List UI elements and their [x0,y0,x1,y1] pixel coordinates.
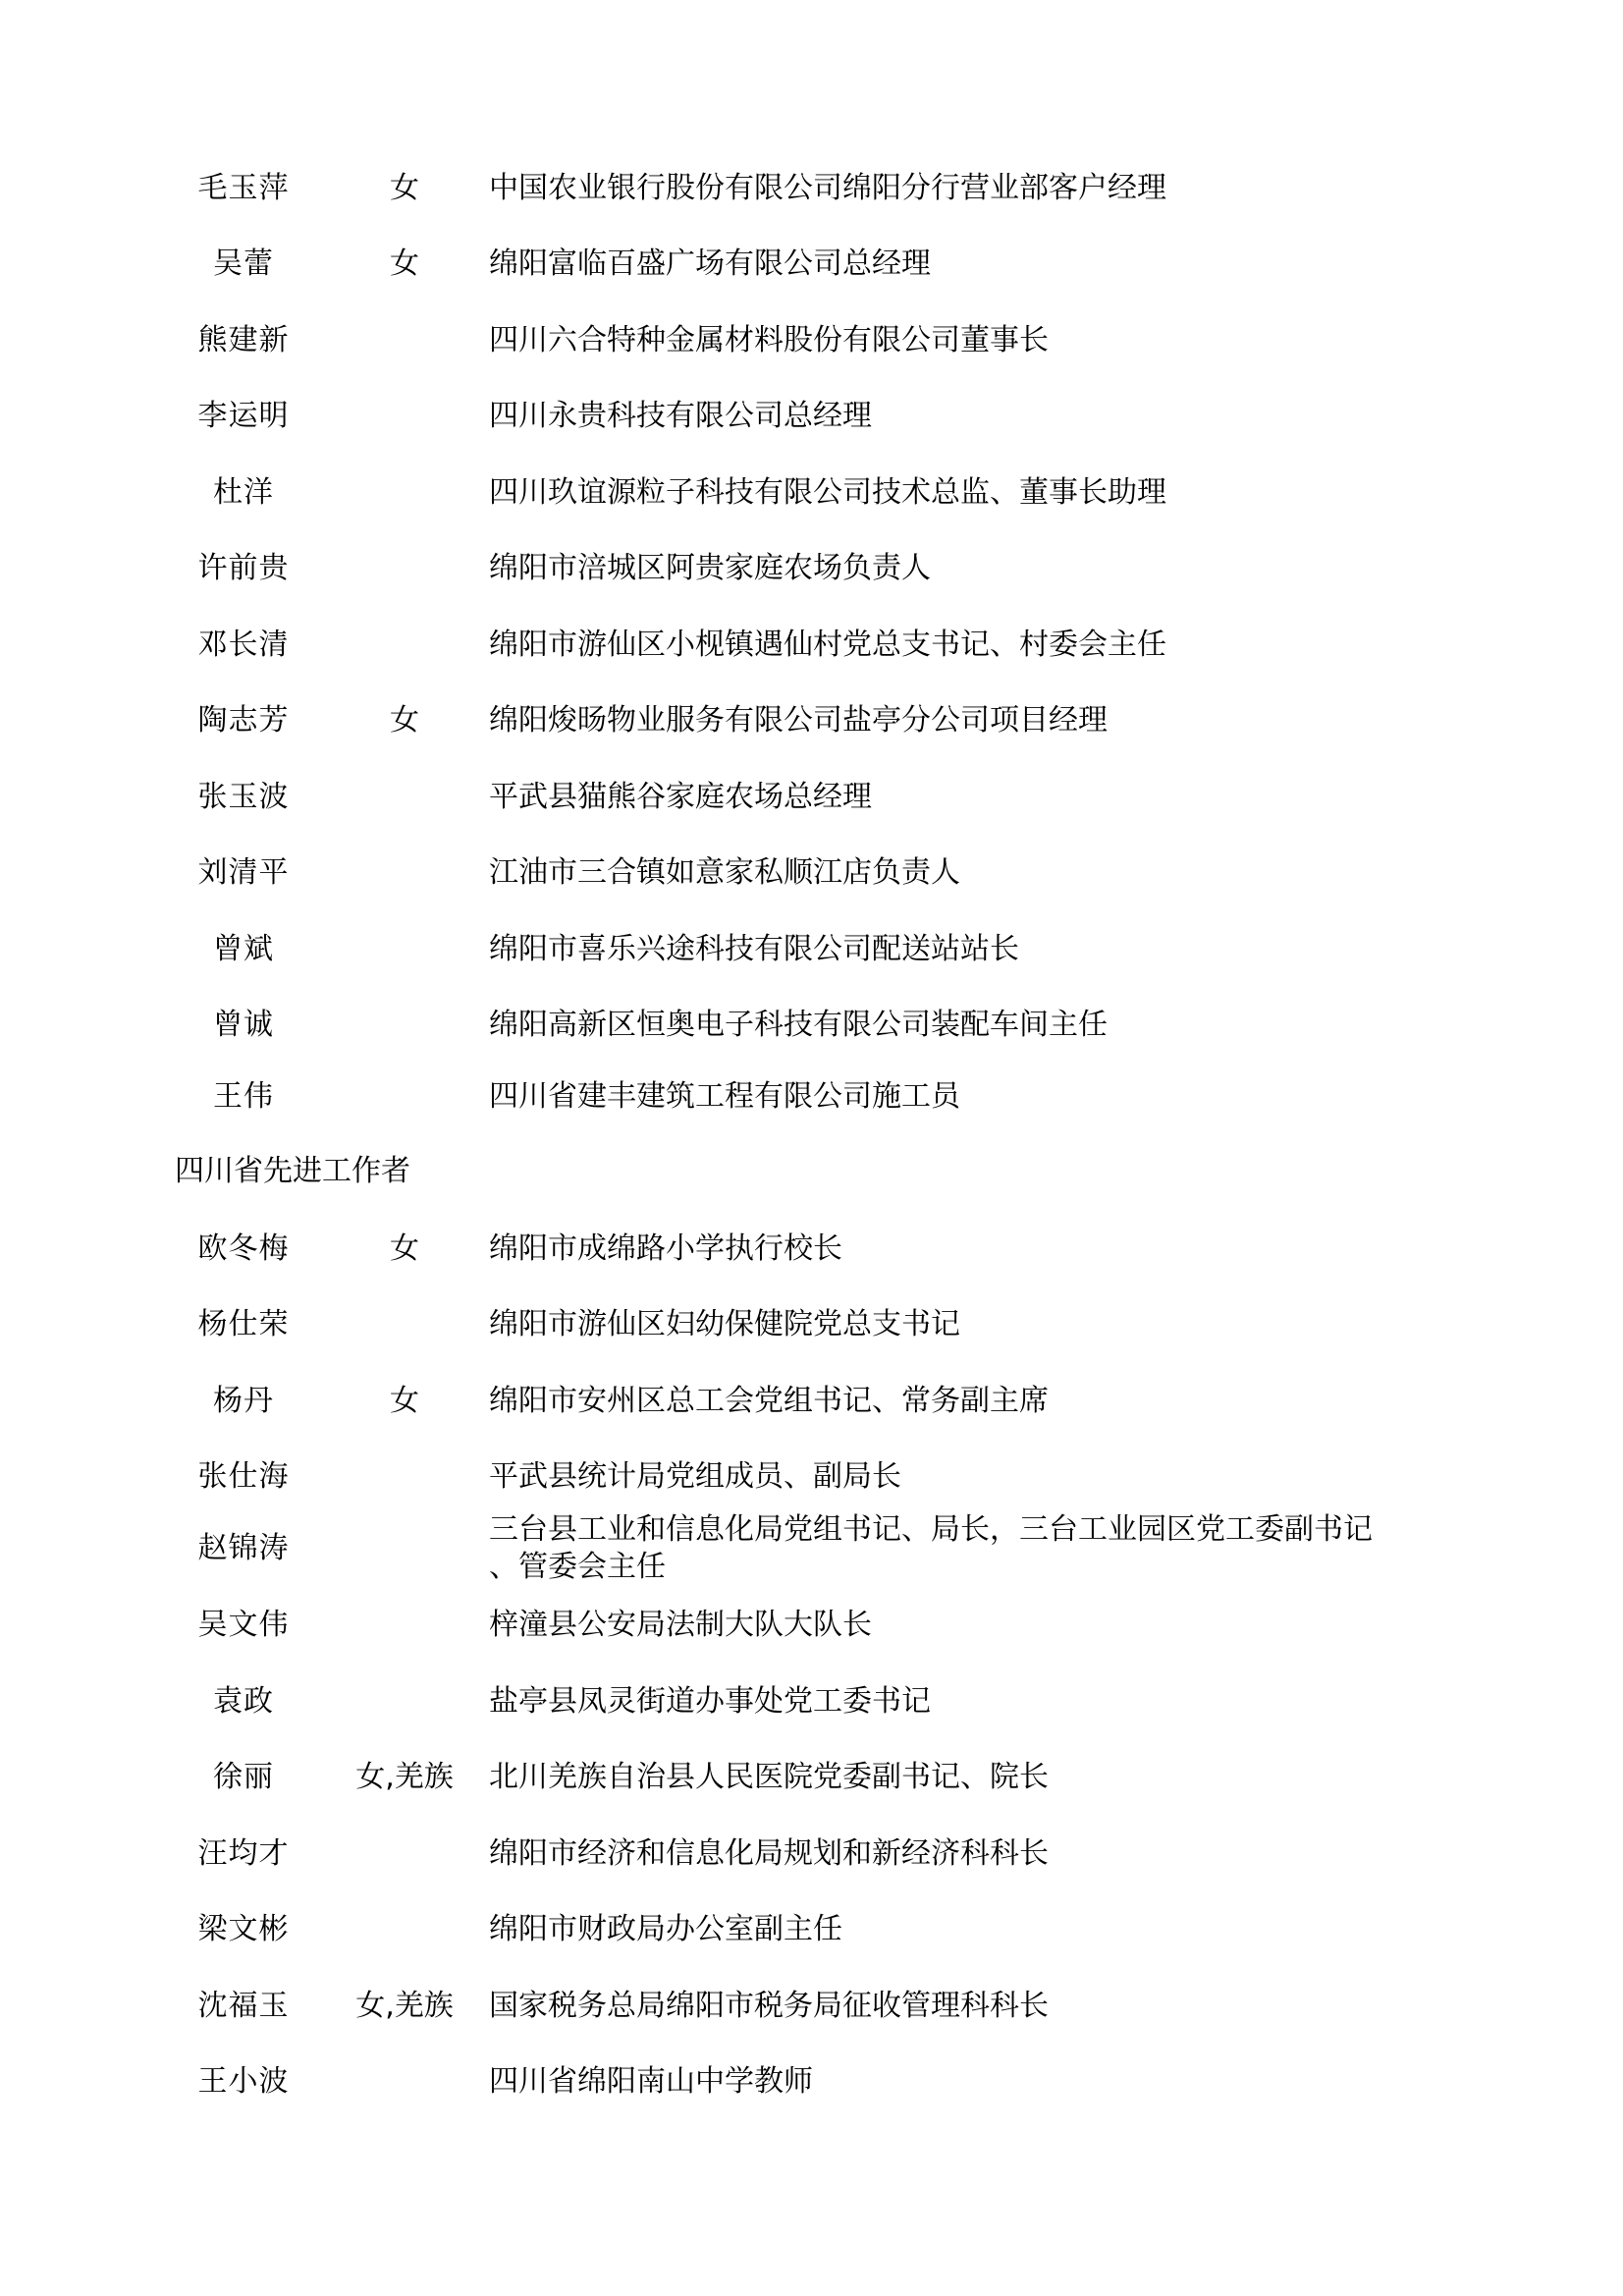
list-item: 曾诚 绵阳高新区恒奥电子科技有限公司装配车间主任 [0,1006,1623,1045]
list-item: 李运明 四川永贵科技有限公司总经理 [0,397,1623,436]
person-position: 平武县猫熊谷家庭农场总经理 [489,778,1471,817]
person-name: 杜洋 [196,473,291,513]
document-page: 毛玉萍 女 中国农业银行股份有限公司绵阳分行营业部客户经理 吴蕾 女 绵阳富临百… [0,0,1623,2296]
person-name: 吴蕾 [196,245,291,284]
person-position: 四川省建丰建筑工程有限公司施工员 [489,1077,1471,1117]
list-item: 王小波 四川省绵阳南山中学教师 [0,2062,1623,2102]
person-name: 陶志芳 [196,701,291,740]
list-item: 毛玉萍 女 中国农业银行股份有限公司绵阳分行营业部客户经理 [0,169,1623,208]
person-name: 曾诚 [196,1006,291,1045]
list-item: 陶志芳 女 绵阳焌旸物业服务有限公司盐亭分公司项目经理 [0,701,1623,740]
list-item: 邓长清 绵阳市游仙区小枧镇遇仙村党总支书记、村委会主任 [0,626,1623,665]
person-name: 沈福玉 [196,1987,291,2026]
person-name: 杨仕荣 [196,1305,291,1344]
person-position: 四川永贵科技有限公司总经理 [489,397,1471,436]
person-note: 女 [346,1230,463,1269]
person-position: 绵阳市喜乐兴途科技有限公司配送站站长 [489,930,1471,969]
list-item: 杨仕荣 绵阳市游仙区妇幼保健院党总支书记 [0,1305,1623,1344]
list-item: 汪均才 绵阳市经济和信息化局规划和新经济科科长 [0,1834,1623,1874]
person-note: 女 [346,1382,463,1421]
list-item: 徐丽 女,羌族 北川羌族自治县人民医院党委副书记、院长 [0,1758,1623,1797]
person-name: 梁文彬 [196,1910,291,1949]
person-name: 张玉波 [196,778,291,817]
person-position: 绵阳市经济和信息化局规划和新经济科科长 [489,1834,1471,1874]
person-position: 四川玖谊源粒子科技有限公司技术总监、董事长助理 [489,473,1471,513]
person-position: 绵阳市涪城区阿贵家庭农场负责人 [489,549,1471,588]
person-position: 国家税务总局绵阳市税务局征收管理科科长 [489,1987,1471,2026]
person-note: 女 [346,245,463,284]
section-heading: 四川省先进工作者 [175,1152,410,1191]
person-name: 王小波 [196,2062,291,2102]
person-position: 梓潼县公安局法制大队大队长 [489,1606,1471,1645]
person-name: 熊建新 [196,321,291,360]
list-item: 沈福玉 女,羌族 国家税务总局绵阳市税务局征收管理科科长 [0,1987,1623,2026]
person-position: 盐亭县凤灵街道办事处党工委书记 [489,1682,1471,1722]
person-position: 绵阳市游仙区妇幼保健院党总支书记 [489,1305,1471,1344]
list-item: 许前贵 绵阳市涪城区阿贵家庭农场负责人 [0,549,1623,588]
person-name: 欧冬梅 [196,1230,291,1269]
person-name: 杨丹 [196,1382,291,1421]
person-position-line-1: 三台县工业和信息化局党组书记、局长，三台工业园区党工委副书记 [489,1510,1471,1550]
list-item: 杜洋 四川玖谊源粒子科技有限公司技术总监、董事长助理 [0,473,1623,513]
person-name: 张仕海 [196,1457,291,1497]
person-position-line-2: 、管委会主任 [489,1548,1471,1587]
person-name: 袁政 [196,1682,291,1722]
person-name: 李运明 [196,397,291,436]
list-item: 张玉波 平武县猫熊谷家庭农场总经理 [0,778,1623,817]
list-item: 曾斌 绵阳市喜乐兴途科技有限公司配送站站长 [0,930,1623,969]
list-item: 吴文伟 梓潼县公安局法制大队大队长 [0,1606,1623,1645]
person-position: 绵阳市游仙区小枧镇遇仙村党总支书记、村委会主任 [489,626,1471,665]
person-position: 四川省绵阳南山中学教师 [489,2062,1471,2102]
list-item: 杨丹 女 绵阳市安州区总工会党组书记、常务副主席 [0,1382,1623,1421]
person-position: 绵阳市成绵路小学执行校长 [489,1230,1471,1269]
list-item: 刘清平 江油市三合镇如意家私顺江店负责人 [0,853,1623,893]
person-note: 女,羌族 [346,1758,463,1797]
list-item: 梁文彬 绵阳市财政局办公室副主任 [0,1910,1623,1949]
list-item: 赵锦涛 三台县工业和信息化局党组书记、局长，三台工业园区党工委副书记 、管委会主… [0,1529,1623,1608]
person-name: 徐丽 [196,1758,291,1797]
person-note: 女,羌族 [346,1987,463,2026]
person-position: 绵阳市财政局办公室副主任 [489,1910,1471,1949]
person-name: 曾斌 [196,930,291,969]
person-note: 女 [346,701,463,740]
person-name: 刘清平 [196,853,291,893]
person-name: 吴文伟 [196,1606,291,1645]
person-name: 许前贵 [196,549,291,588]
list-item: 欧冬梅 女 绵阳市成绵路小学执行校长 [0,1230,1623,1269]
person-position: 绵阳焌旸物业服务有限公司盐亭分公司项目经理 [489,701,1471,740]
person-position: 中国农业银行股份有限公司绵阳分行营业部客户经理 [489,169,1471,208]
person-name: 毛玉萍 [196,169,291,208]
person-position: 北川羌族自治县人民医院党委副书记、院长 [489,1758,1471,1797]
list-item: 袁政 盐亭县凤灵街道办事处党工委书记 [0,1682,1623,1722]
list-item: 吴蕾 女 绵阳富临百盛广场有限公司总经理 [0,245,1623,284]
person-position: 绵阳富临百盛广场有限公司总经理 [489,245,1471,284]
list-item: 张仕海 平武县统计局党组成员、副局长 [0,1457,1623,1497]
person-name: 邓长清 [196,626,291,665]
list-item: 王伟 四川省建丰建筑工程有限公司施工员 [0,1077,1623,1117]
list-item: 熊建新 四川六合特种金属材料股份有限公司董事长 [0,321,1623,360]
person-name: 赵锦涛 [196,1529,291,1568]
person-name: 王伟 [196,1077,291,1117]
person-position: 平武县统计局党组成员、副局长 [489,1457,1471,1497]
person-position: 四川六合特种金属材料股份有限公司董事长 [489,321,1471,360]
person-name: 汪均才 [196,1834,291,1874]
person-position: 绵阳市安州区总工会党组书记、常务副主席 [489,1382,1471,1421]
person-note: 女 [346,169,463,208]
person-position: 绵阳高新区恒奥电子科技有限公司装配车间主任 [489,1006,1471,1045]
person-position: 江油市三合镇如意家私顺江店负责人 [489,853,1471,893]
